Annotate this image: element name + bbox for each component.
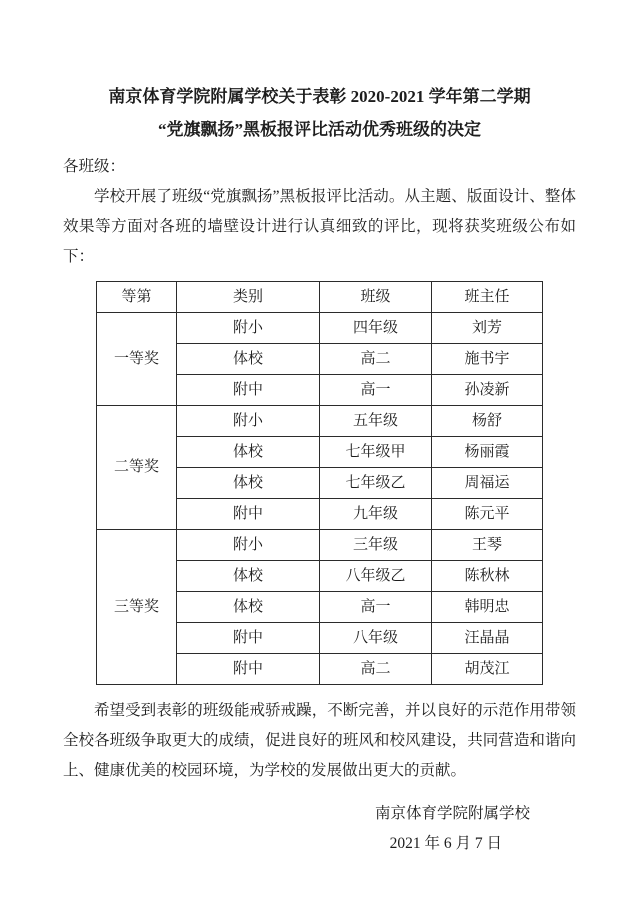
category-cell: 附中 (177, 654, 320, 685)
awards-header-row: 等第类别班级班主任 (97, 282, 543, 313)
table-row: 二等奖附小五年级杨舒 (97, 406, 543, 437)
document-title: 南京体育学院附属学校关于表彰 2020-2021 学年第二学期 “党旗飘扬”黑板… (63, 80, 576, 146)
class-cell: 七年级甲 (320, 437, 432, 468)
category-cell: 附中 (177, 375, 320, 406)
category-cell: 附小 (177, 313, 320, 344)
award-cell: 三等奖 (97, 530, 177, 685)
title-line-1: 南京体育学院附属学校关于表彰 2020-2021 学年第二学期 (63, 80, 576, 113)
award-cell: 二等奖 (97, 406, 177, 530)
signature-date: 2021 年 6 月 7 日 (63, 829, 576, 859)
class-cell: 八年级乙 (320, 561, 432, 592)
teacher-cell: 刘芳 (432, 313, 543, 344)
table-row: 一等奖附小四年级刘芳 (97, 313, 543, 344)
title-line-2: “党旗飘扬”黑板报评比活动优秀班级的决定 (63, 113, 576, 146)
table-header-cell: 班主任 (432, 282, 543, 313)
table-header-cell: 等第 (97, 282, 177, 313)
class-cell: 四年级 (320, 313, 432, 344)
category-cell: 附中 (177, 499, 320, 530)
teacher-cell: 王琴 (432, 530, 543, 561)
category-cell: 体校 (177, 344, 320, 375)
teacher-cell: 胡茂江 (432, 654, 543, 685)
class-cell: 九年级 (320, 499, 432, 530)
teacher-cell: 杨丽霞 (432, 437, 543, 468)
category-cell: 附小 (177, 406, 320, 437)
salutation: 各班级： (63, 152, 576, 182)
awards-table-body: 一等奖附小四年级刘芳体校高二施书宇附中高一孙凌新二等奖附小五年级杨舒体校七年级甲… (97, 313, 543, 685)
teacher-cell: 陈秋林 (432, 561, 543, 592)
teacher-cell: 杨舒 (432, 406, 543, 437)
class-cell: 高二 (320, 344, 432, 375)
table-row: 三等奖附小三年级王琴 (97, 530, 543, 561)
intro-paragraph: 学校开展了班级“党旗飘扬”黑板报评比活动。从主题、版面设计、整体效果等方面对各班… (63, 182, 576, 272)
table-header-cell: 班级 (320, 282, 432, 313)
awards-table-head: 等第类别班级班主任 (97, 282, 543, 313)
class-cell: 五年级 (320, 406, 432, 437)
class-cell: 七年级乙 (320, 468, 432, 499)
teacher-cell: 韩明忠 (432, 592, 543, 623)
class-cell: 八年级 (320, 623, 432, 654)
teacher-cell: 陈元平 (432, 499, 543, 530)
teacher-cell: 施书宇 (432, 344, 543, 375)
signature-org: 南京体育学院附属学校 (63, 799, 576, 829)
category-cell: 体校 (177, 437, 320, 468)
category-cell: 体校 (177, 561, 320, 592)
category-cell: 体校 (177, 592, 320, 623)
category-cell: 体校 (177, 468, 320, 499)
teacher-cell: 孙凌新 (432, 375, 543, 406)
teacher-cell: 周福运 (432, 468, 543, 499)
document-page: 南京体育学院附属学校关于表彰 2020-2021 学年第二学期 “党旗飘扬”黑板… (0, 0, 639, 905)
signature-block: 南京体育学院附属学校 2021 年 6 月 7 日 (63, 799, 576, 859)
award-cell: 一等奖 (97, 313, 177, 406)
class-cell: 三年级 (320, 530, 432, 561)
class-cell: 高一 (320, 592, 432, 623)
closing-paragraph: 希望受到表彰的班级能戒骄戒躁，不断完善，并以良好的示范作用带领全校各班级争取更大… (63, 696, 576, 786)
teacher-cell: 汪晶晶 (432, 623, 543, 654)
category-cell: 附中 (177, 623, 320, 654)
class-cell: 高二 (320, 654, 432, 685)
table-header-cell: 类别 (177, 282, 320, 313)
awards-table: 等第类别班级班主任 一等奖附小四年级刘芳体校高二施书宇附中高一孙凌新二等奖附小五… (96, 281, 543, 685)
category-cell: 附小 (177, 530, 320, 561)
class-cell: 高一 (320, 375, 432, 406)
